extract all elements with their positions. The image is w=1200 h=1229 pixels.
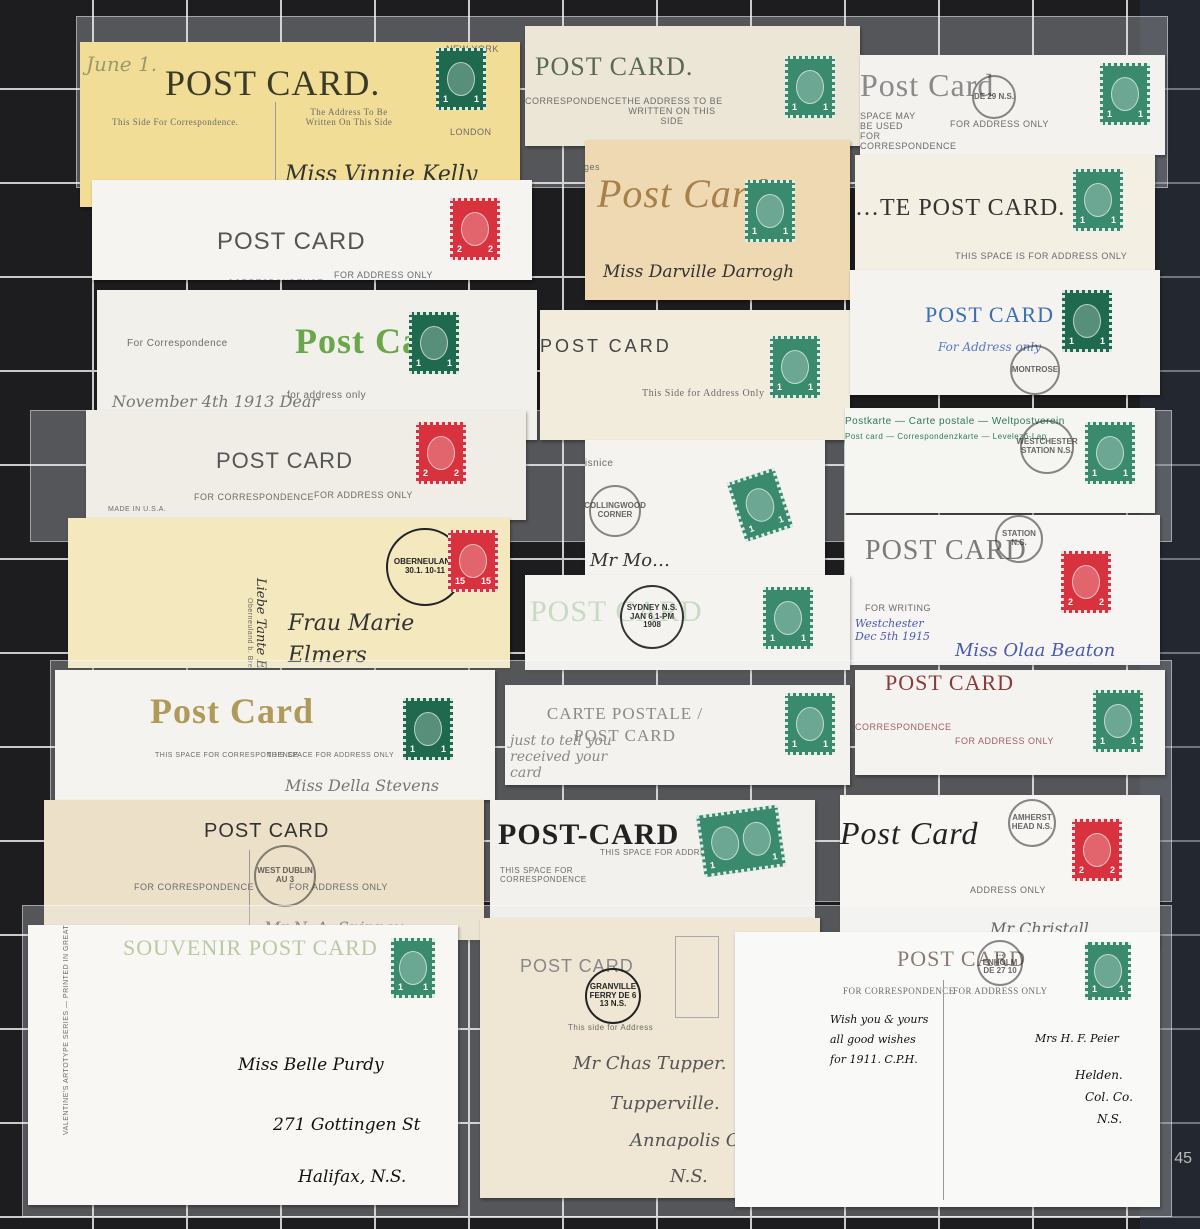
king-portrait-icon <box>781 350 809 384</box>
address-line-2: 271 Gottingen St <box>273 1115 421 1135</box>
bottom-label: LONDON <box>450 127 492 137</box>
postcard-c6: …TE POST CARD. THIS SPACE IS FOR ADDRESS… <box>855 155 1155 270</box>
king-portrait-icon <box>1083 833 1111 867</box>
king-portrait-icon <box>756 194 784 228</box>
handwriting: June 1. <box>86 52 157 76</box>
handwriting: Liebe Tante Elmers <box>253 578 268 668</box>
correspondence-label: FOR CORRESPONDENCE <box>194 492 314 502</box>
postcard-c18: POST CARD CORRESPONDENCE FOR ADDRESS ONL… <box>855 670 1165 775</box>
stamp: 11 <box>409 312 459 374</box>
correspondence-label: THIS SPACE FOR CORRESPONDENCE <box>500 866 590 884</box>
king-portrait-icon <box>796 70 824 104</box>
address-line-1: Miss Belle Purdy <box>238 1055 384 1075</box>
handwriting: Wish you & yours all good wishes for 191… <box>830 1010 930 1070</box>
postcard-c2: POST CARD. CORRESPONDENCE THE ADDRESS TO… <box>525 26 860 146</box>
postcard-c10: POST CARD FOR CORRESPONDENCE FOR ADDRESS… <box>86 410 526 520</box>
correspondence-label: CORRESPONDENCE <box>855 722 952 732</box>
stamp-box <box>675 936 719 1018</box>
postcard-c24: POST CARD …ENHOLM DE 27 10 FOR CORRESPON… <box>735 932 1160 1207</box>
address-label: FOR ADDRESS ONLY <box>334 270 433 280</box>
postkarte-label: Dopisnice <box>585 458 613 469</box>
king-portrait-icon <box>447 62 475 96</box>
postcard-c9: POST CARD For Address only MONTROSE 11 <box>850 270 1160 395</box>
stamp: 11 <box>1100 63 1150 125</box>
king-portrait-icon <box>1094 954 1122 988</box>
publisher-label: VALENTINE'S ARTOTYPE SERIES — PRINTED IN… <box>63 925 70 1135</box>
stamp: 11 <box>1062 290 1112 352</box>
address-label: FOR ADDRESS ONLY <box>950 119 1049 129</box>
king-portrait-icon <box>414 712 442 746</box>
correspondence-label: FOR CORRESPONDENCE <box>843 986 955 996</box>
king-portrait-icon <box>1084 183 1112 217</box>
address-line-2: Tupperville. <box>610 1093 720 1114</box>
handwriting: Westchester Dec 5th 1915 <box>855 617 945 643</box>
stamp: 22 <box>1061 551 1111 613</box>
address-label: FOR ADDRESS ONLY <box>953 986 1048 996</box>
address: Miss Darville Darrogh <box>603 262 794 282</box>
stamp: 22 <box>450 198 500 260</box>
postcard-c22: SOUVENIR POST CARD VALENTINE'S ARTOTYPE … <box>28 925 458 1205</box>
address: Mr Mo… <box>590 550 670 571</box>
address-label: THE ADDRESS TO BE WRITTEN ON THIS SIDE <box>617 96 727 126</box>
hindenburg-portrait-icon <box>459 544 487 578</box>
card-title: POST-CARD <box>498 818 679 852</box>
address-line-1: Mr Chas Tupper. <box>573 1053 726 1074</box>
king-portrait-icon <box>796 707 824 741</box>
postmark: AMHERST HEAD N.S. <box>1008 799 1056 847</box>
divider <box>943 980 944 1200</box>
king-portrait-icon <box>1072 565 1100 599</box>
stamp: 22 <box>1072 819 1122 881</box>
stamp: 11 <box>391 938 435 998</box>
stamp: 11 <box>745 180 795 242</box>
postcard-c15: POST CARD SYDNEY N.S. JAN 6 1-PM 1908 11 <box>525 575 850 670</box>
postmark: MONTROSE <box>1010 345 1060 395</box>
address-label: FOR WRITING <box>865 603 931 613</box>
stamp: 11 <box>1093 690 1143 752</box>
king-portrait-icon <box>461 212 489 246</box>
handwriting: just to tell you received your card <box>510 733 630 781</box>
postmark: SYDNEY N.S. JAN 6 1-PM 1908 <box>620 585 684 649</box>
correspondence-label: CORRESPONDENCE <box>227 278 324 280</box>
card-title: POST CARD <box>925 302 1054 328</box>
address-label: This Side for Address Only <box>642 388 764 399</box>
correspondence-label: For Correspondence <box>127 338 228 349</box>
card-title: …TE POST CARD. <box>855 195 1065 222</box>
postcard-c13: Liebe Tante Elmers Oberneuland b. Bremen… <box>68 518 510 668</box>
address-label: THIS SPACE FOR ADDRESS ONLY <box>267 752 394 759</box>
postmark: WESTCHESTER STATION N.S. <box>1020 420 1074 474</box>
publisher-label: Oberneuland b. Bremen <box>246 598 253 668</box>
card-title: POST CARD <box>885 670 1014 696</box>
address: Frau Marie Elmers <box>288 608 488 668</box>
address-label: THIS SPACE IS FOR ADDRESS ONLY <box>955 251 1127 261</box>
address-line-2: Helden. <box>1075 1068 1123 1082</box>
address: Miss Olaa Beaton <box>955 640 1115 661</box>
stamp: 11 <box>1085 422 1135 484</box>
stamp: 1515 <box>448 530 498 592</box>
stamp: 11 <box>770 336 820 398</box>
king-portrait-icon <box>774 601 802 635</box>
king-portrait-icon <box>1096 436 1124 470</box>
card-title: POST CARD <box>540 336 672 357</box>
postmark: …ENHOLM DE 27 10 <box>977 940 1023 986</box>
address: Miss Della Stevens <box>285 776 439 795</box>
stamp: 11 <box>403 698 453 760</box>
address-line-4: N.S. <box>670 1166 708 1187</box>
postcard-c5: Messages Post Card 11 Miss Darville Darr… <box>585 140 850 300</box>
correspondence-label: CORRESPONDENCE <box>525 96 622 106</box>
card-title: POST CARD. <box>535 52 693 82</box>
stamp: 11 <box>436 48 486 110</box>
card-title: POST CARD <box>217 228 366 256</box>
address-line-4: N.S. <box>1097 1112 1122 1126</box>
stamp: 11 <box>1085 942 1131 1000</box>
card-title: POST CARD. <box>165 62 380 104</box>
address-line-3: Halifax, N.S. <box>298 1167 406 1187</box>
card-title: Post Card <box>597 170 768 217</box>
stamp: 11 <box>763 587 813 649</box>
king-portrait-icon <box>1111 77 1139 111</box>
stamp: 11 <box>1073 169 1123 231</box>
stamp: 22 <box>416 422 466 484</box>
ruler-label: 45 <box>1174 1150 1192 1168</box>
postmark: GRANVILLE FERRY DE 6 13 N.S. <box>585 968 641 1024</box>
king-portrait-icon <box>1104 704 1132 738</box>
postcard-c8: POST CARD This Side for Address Only 11 <box>540 310 850 440</box>
postcard-c12: Postkarte — Carte postale — Weltpostvere… <box>845 408 1155 513</box>
king-portrait-icon <box>420 326 448 360</box>
card-title: POST CARD <box>204 820 329 843</box>
correspondence-label: FOR CORRESPONDENCE <box>134 882 254 892</box>
correspondence-label: This Side For Correspondence. <box>112 117 238 127</box>
address-label: The Address To Be Written On This Side <box>294 107 404 127</box>
stamp: 11 <box>785 693 835 755</box>
card-title: Post Card <box>150 690 314 732</box>
postmark: COLLINGWOOD CORNER <box>589 485 641 537</box>
postcard-c14: POST CARD FOR WRITING STATION N.S. Westc… <box>845 515 1160 665</box>
postcard-c3: Post Card SPACE MAY BE USED FOR CORRESPO… <box>860 55 1165 155</box>
postcard-c16: Post Card THIS SPACE FOR CORRESPONDENCE … <box>55 670 495 800</box>
address-line-3: Col. Co. <box>1085 1090 1133 1104</box>
king-portrait-icon <box>1073 304 1101 338</box>
address-label: This side for Address <box>568 1023 653 1032</box>
address-line-1: Mrs H. F. Peier <box>1035 1032 1119 1045</box>
stamp: 11 <box>785 56 835 118</box>
card-title: POST CARD <box>216 448 353 474</box>
postmark: WEST DUBLIN AU 3 <box>254 845 316 907</box>
made-in-label: MADE IN U.S.A. <box>108 506 166 513</box>
postcard-c11: Dopisnice COLLINGWOOD CORNER 11 Mr Mo… <box>585 440 825 575</box>
postmark: DE 29 N.S. <box>972 75 1016 119</box>
postcard-c20: POST-CARD THIS SPACE FOR CORRESPONDENCE … <box>490 800 815 920</box>
address-label: FOR ADDRESS ONLY <box>955 736 1054 746</box>
card-title: SOUVENIR POST CARD <box>123 935 378 961</box>
address-label: FOR ADDRESS ONLY <box>314 490 413 500</box>
king-portrait-icon <box>399 951 427 985</box>
correspondence-label: SPACE MAY BE USED FOR CORRESPONDENCE <box>860 111 920 151</box>
postmark: STATION N.S. <box>995 515 1043 563</box>
stamp: 11 <box>696 805 786 878</box>
card-title: Post Card <box>840 815 979 852</box>
king-portrait-icon <box>427 436 455 470</box>
address-label: ADDRESS ONLY <box>970 885 1046 895</box>
postcard-c17: CARTE POSTALE / POST CARD just to tell y… <box>505 685 850 785</box>
postcard-c4: POST CARD CORRESPONDENCE FOR ADDRESS ONL… <box>92 180 532 280</box>
stamp: 11 <box>727 468 794 542</box>
